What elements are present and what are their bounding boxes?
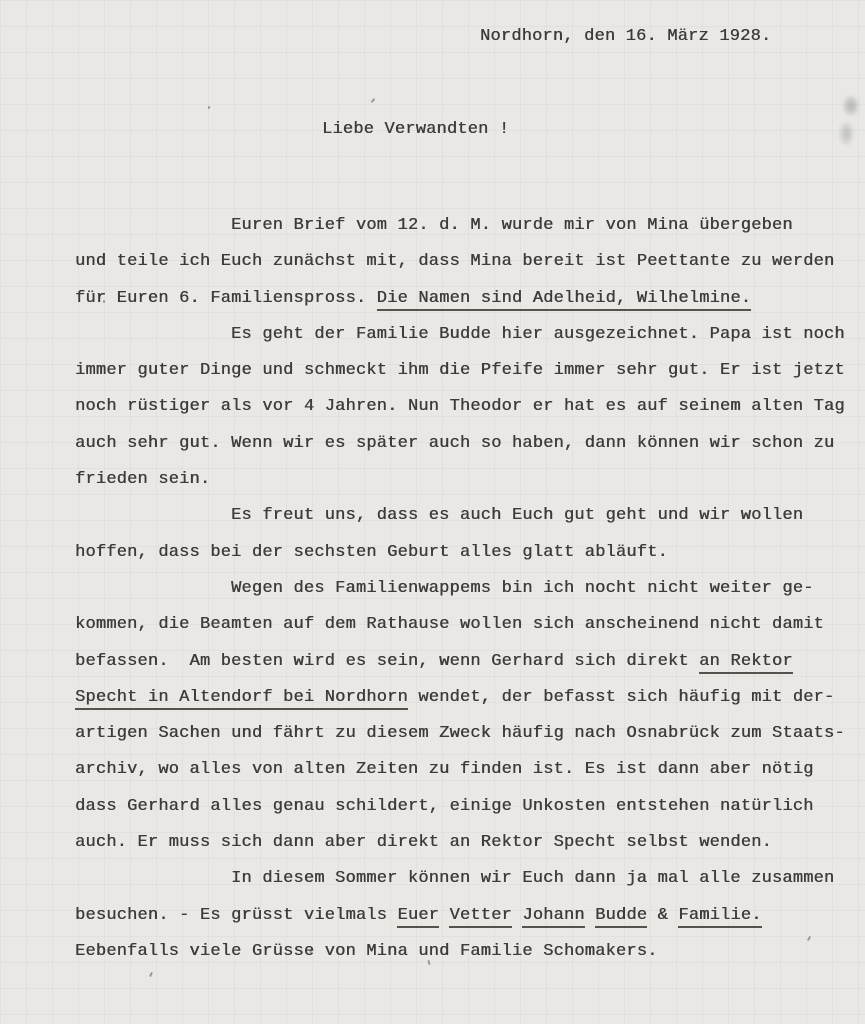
text-segment xyxy=(512,906,522,925)
letter-line: noch rüstiger als vor 4 Jahren. Nun Theo… xyxy=(75,389,845,425)
text-segment: auch. Er muss sich dann aber direkt an R… xyxy=(75,833,772,852)
text-segment: Euren Brief vom 12. d. M. wurde mir von … xyxy=(231,216,793,235)
text-segment: dass Gerhard alles genau schildert, eini… xyxy=(75,797,814,816)
underlined-text: Familie. xyxy=(678,906,761,928)
letter-line: kommen, die Beamten auf dem Rathause wol… xyxy=(75,607,845,643)
letter-line: und teile ich Euch zunächst mit, dass Mi… xyxy=(75,244,845,280)
text-segment: Es geht der Familie Budde hier ausgezeic… xyxy=(231,325,845,344)
text-segment: Wegen des Familienwappems bin ich nocht … xyxy=(231,579,814,598)
letter-line: immer guter Dinge und schmeckt ihm die P… xyxy=(75,353,845,389)
letter-line: In diesem Sommer können wir Euch dann ja… xyxy=(75,861,845,897)
letter-line: hoffen, dass bei der sechsten Geburt all… xyxy=(75,535,845,571)
letter-line: Specht in Altendorf bei Nordhorn wendet,… xyxy=(75,680,845,716)
letter-line: für Euren 6. Familienspross. Die Namen s… xyxy=(75,281,845,317)
text-segment: wendet, der befasst sich häufig mit der- xyxy=(408,688,834,707)
text-segment: frieden sein. xyxy=(75,470,210,489)
text-segment: & xyxy=(647,906,678,925)
letter-line: auch. Er muss sich dann aber direkt an R… xyxy=(75,825,845,861)
letter-line: Wegen des Familienwappems bin ich nocht … xyxy=(75,571,845,607)
underlined-text: Die Namen sind Adelheid, Wilhelmine. xyxy=(377,289,751,311)
paper-speck xyxy=(149,972,153,977)
salutation: Liebe Verwandten ! xyxy=(322,120,509,139)
letter-line: Eebenfalls viele Grüsse von Mina und Fam… xyxy=(75,934,845,970)
paper-speck xyxy=(208,106,210,109)
text-segment: In diesem Sommer können wir Euch dann ja… xyxy=(231,869,834,888)
text-segment: Eebenfalls viele Grüsse von Mina und Fam… xyxy=(75,942,658,961)
text-segment: noch rüstiger als vor 4 Jahren. Nun Theo… xyxy=(75,397,845,416)
text-segment: hoffen, dass bei der sechsten Geburt all… xyxy=(75,543,668,562)
text-segment: Es freut uns, dass es auch Euch gut geht… xyxy=(231,506,803,525)
text-segment xyxy=(585,906,595,925)
letter-line: befassen. Am besten wird es sein, wenn G… xyxy=(75,644,845,680)
text-segment xyxy=(439,906,449,925)
underlined-text: Johann xyxy=(522,906,584,928)
letter-page: Nordhorn, den 16. März 1928. Liebe Verwa… xyxy=(0,0,865,1024)
text-segment: und teile ich Euch zunächst mit, dass Mi… xyxy=(75,252,834,271)
dateline: Nordhorn, den 16. März 1928. xyxy=(480,27,771,46)
letter-line: Es freut uns, dass es auch Euch gut geht… xyxy=(75,498,845,534)
text-segment: befassen. Am besten wird es sein, wenn G… xyxy=(75,652,699,671)
letter-line: besuchen. - Es grüsst vielmals Euer Vett… xyxy=(75,898,845,934)
paper-speck xyxy=(371,98,376,103)
text-segment: besuchen. - Es grüsst vielmals xyxy=(75,906,397,925)
letter-line: Es geht der Familie Budde hier ausgezeic… xyxy=(75,317,845,353)
letter-line: dass Gerhard alles genau schildert, eini… xyxy=(75,789,845,825)
text-segment: auch sehr gut. Wenn wir es später auch s… xyxy=(75,434,834,453)
letter-line: frieden sein. xyxy=(75,462,845,498)
underlined-text: Vetter xyxy=(449,906,511,928)
text-segment: kommen, die Beamten auf dem Rathause wol… xyxy=(75,615,824,634)
letter-line: archiv, wo alles von alten Zeiten zu fin… xyxy=(75,752,845,788)
underlined-text: Euer xyxy=(397,906,439,928)
underlined-text: Specht in Altendorf bei Nordhorn xyxy=(75,688,408,710)
paper-smudge xyxy=(833,86,863,152)
letter-line: Euren Brief vom 12. d. M. wurde mir von … xyxy=(75,208,845,244)
letter-line: auch sehr gut. Wenn wir es später auch s… xyxy=(75,426,845,462)
text-segment: archiv, wo alles von alten Zeiten zu fin… xyxy=(75,760,814,779)
underlined-text: Budde xyxy=(595,906,647,928)
letter-line: artigen Sachen und fährt zu diesem Zweck… xyxy=(75,716,845,752)
text-segment: artigen Sachen und fährt zu diesem Zweck… xyxy=(75,724,845,743)
text-segment: für Euren 6. Familienspross. xyxy=(75,289,377,308)
text-segment: immer guter Dinge und schmeckt ihm die P… xyxy=(75,361,845,380)
letter-body: Euren Brief vom 12. d. M. wurde mir von … xyxy=(75,208,845,970)
underlined-text: an Rektor xyxy=(699,652,793,674)
